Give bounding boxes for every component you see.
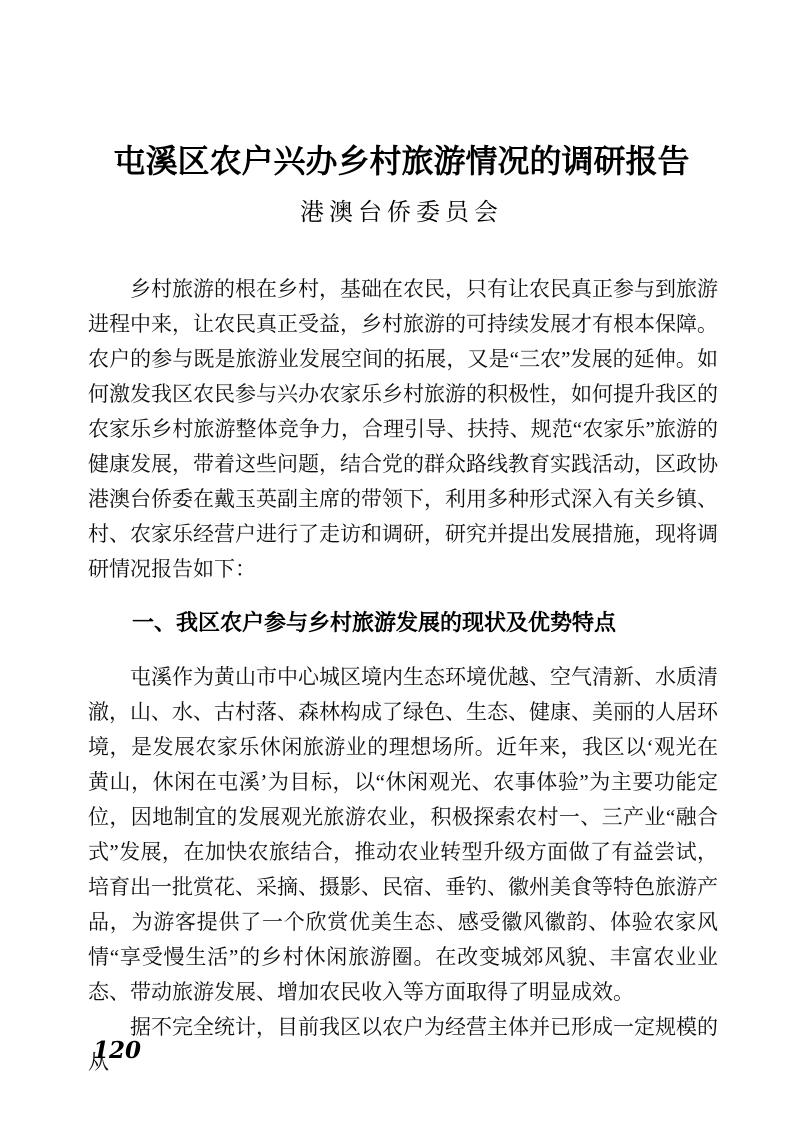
document-body: 乡村旅游的根在乡村，基础在农民，只有让农民真正参与到旅游进程中来，让农民真正受益… <box>88 272 718 1080</box>
document-page: 屯溪区农户兴办乡村旅游情况的调研报告 港澳台侨委员会 乡村旅游的根在乡村，基础在… <box>0 0 803 1133</box>
page-number: 120 <box>93 1037 141 1064</box>
document-title: 屯溪区农户兴办乡村旅游情况的调研报告 <box>0 0 803 184</box>
section-heading-1: 一、我区农户参与乡村旅游发展的现状及优势特点 <box>88 608 718 638</box>
paragraph-statistics: 据不完全统计，目前我区以农户为经营主体并已形成一定规模的从 <box>88 1010 718 1080</box>
paragraph-intro: 乡村旅游的根在乡村，基础在农民，只有让农民真正参与到旅游进程中来，让农民真正受益… <box>88 272 718 587</box>
document-subtitle: 港澳台侨委员会 <box>0 196 803 230</box>
paragraph-overview: 屯溪作为黄山市中心城区境内生态环境优越、空气清新、水质清澈，山、水、古村落、森林… <box>88 660 718 1010</box>
